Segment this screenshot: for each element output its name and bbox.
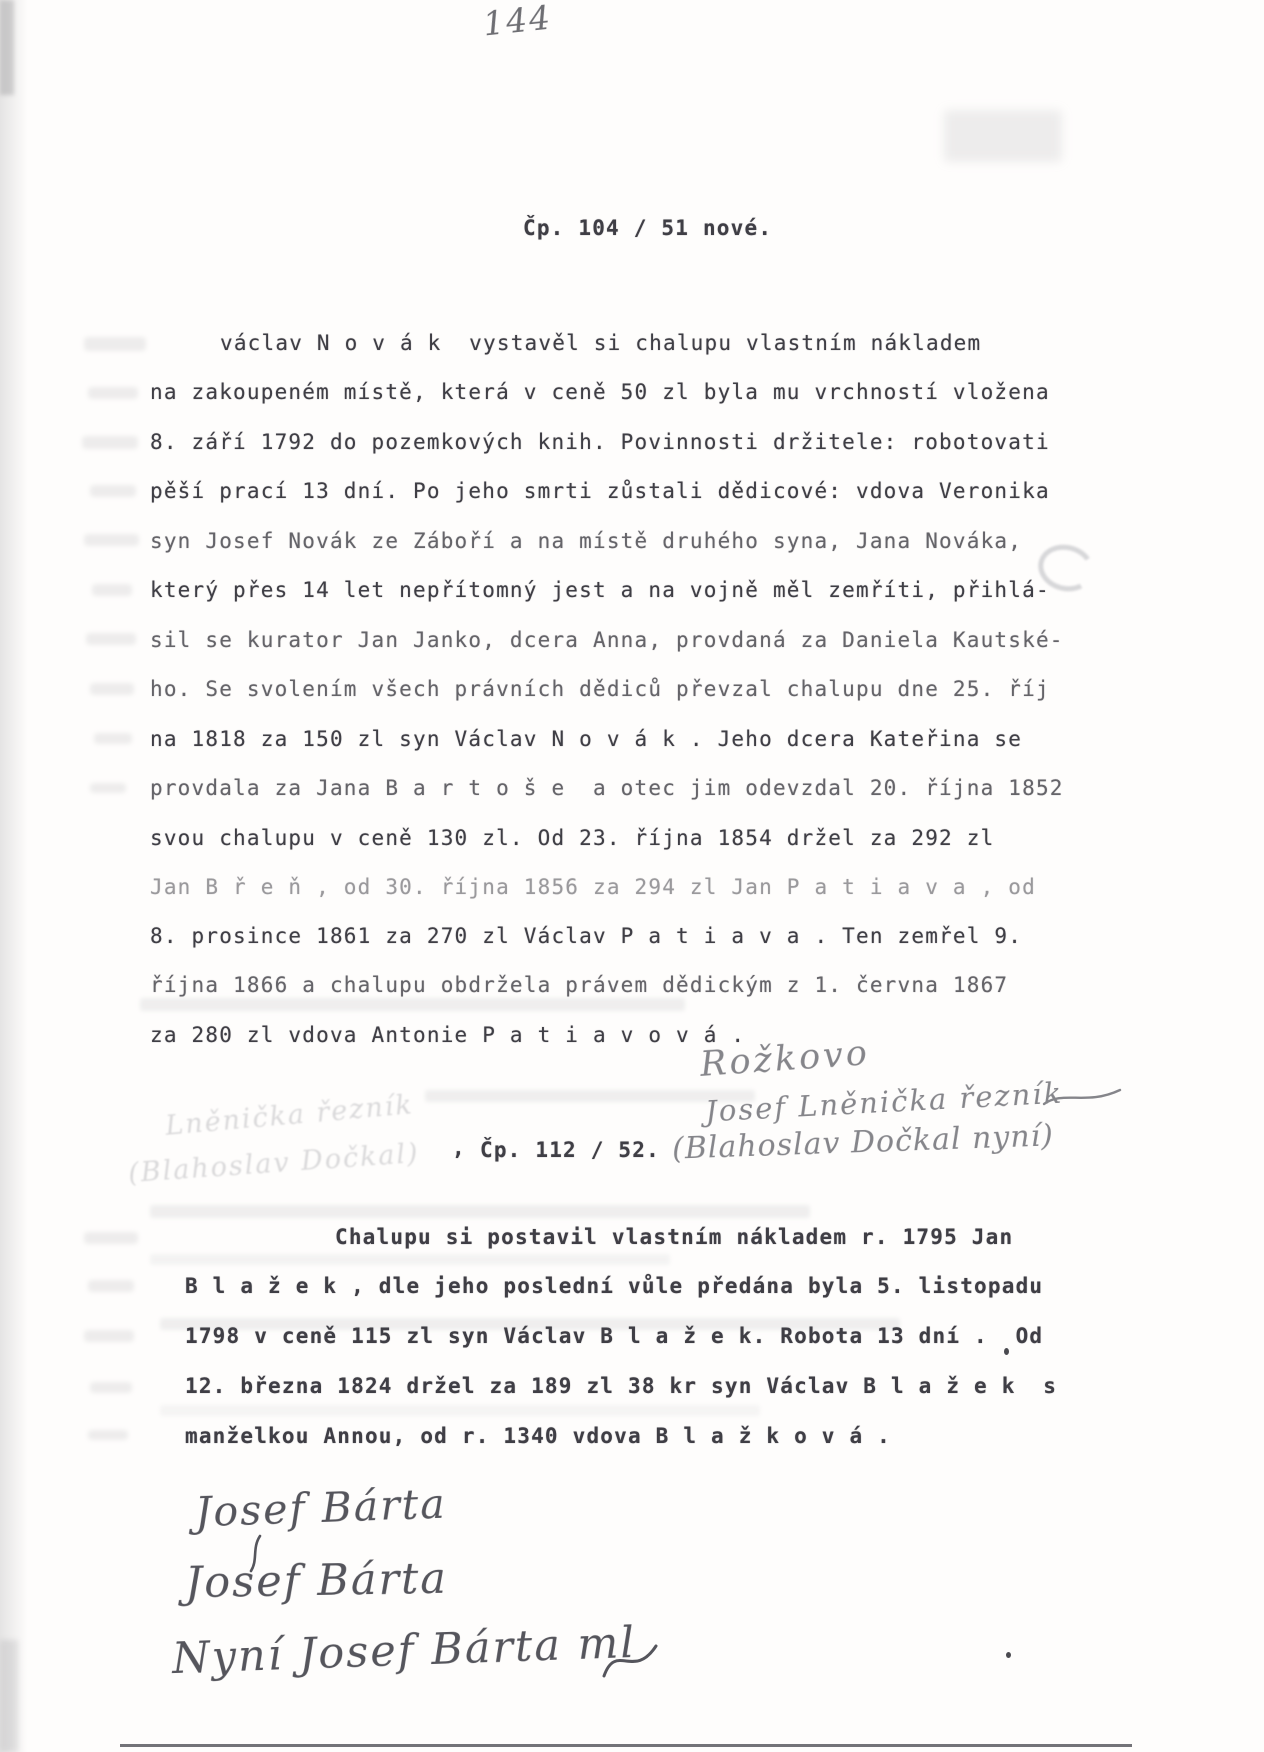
typed-line: Chalupu si postavil vlastním nákladem r.… [335,1227,1013,1248]
bleed-through-mark [88,1280,134,1292]
typed-line: pěší prací 13 dní. Po jeho smrti zůstali… [150,481,1050,502]
scan-corner-smudge [0,1640,18,1752]
bleed-through-mark [88,387,138,399]
typed-line: 1798 v ceně 115 zl syn Václav B l a ž e … [185,1326,1043,1347]
ghost-text-band [140,998,685,1011]
handwritten-annotation-current-owner: (Blahoslav Dočkal nyní) [672,1121,1055,1164]
bleed-through-mark [90,783,126,793]
typed-line: Jan B ř e ň , od 30. října 1856 za 294 z… [150,877,1036,898]
handwriting-flourish [600,1636,660,1682]
typed-line: provdala za Jana B a r t o š e a otec ji… [150,778,1064,799]
ghost-text-band [150,1205,810,1218]
faint-handwriting-draft: Lněnička řezník [164,1091,414,1140]
typed-line: svou chalupu v ceně 130 zl. Od 23. října… [150,828,994,849]
faint-handwriting-draft: (Blahoslav Dočkal) [127,1140,420,1187]
bleed-through-mark [90,683,134,695]
typed-comma: , [452,1138,466,1159]
scanned-document-page: 144 Čp. 104 / 51 nové. václav N o v á k … [0,0,1264,1752]
typed-line: B l a ž e k , dle jeho poslední vůle pře… [185,1276,1043,1297]
typed-line: syn Josef Novák ze Záboří a na místě dru… [150,531,1022,552]
bleed-through-mark [82,436,138,449]
typed-line: ho. Se svolením všech právních dědiců př… [150,679,1050,700]
bleed-through-mark [90,485,136,497]
typed-line: který přes 14 let nepřítomný jest a na v… [150,580,1050,601]
typed-line: října 1866 a chalupu obdržela právem děd… [150,975,1008,996]
bleed-through-mark [90,1382,132,1393]
ghost-text-band [160,1405,760,1416]
bleed-through-mark [84,534,139,546]
typed-line: 8. září 1792 do pozemkových knih. Povinn… [150,432,1050,453]
ghost-text-band [150,1254,670,1265]
handwritten-signature: Josef Bárta [194,1484,447,1534]
record1-title: Čp. 104 / 51 nové. [523,218,772,239]
bleed-through-mark [94,733,132,744]
ink-dot [1004,1348,1009,1355]
typed-line: 8. prosince 1861 za 270 zl Václav P a t … [150,926,1022,947]
bleed-through-mark [944,110,1062,162]
bleed-through-mark [84,1232,138,1244]
typed-line: manželkou Annou, od r. 1340 vdova B l a … [185,1426,891,1447]
scan-bottom-edge-line [120,1744,1132,1747]
handwritten-signature: Josef Bárta [185,1558,449,1606]
bleed-through-mark [84,1330,134,1342]
typed-line: václav N o v á k vystavěl si chalupu vla… [220,333,981,354]
bleed-through-mark [88,1430,128,1440]
bleed-through-mark [84,337,146,351]
typed-line: sil se kurator Jan Janko, dcera Anna, pr… [150,630,1064,651]
bleed-through-mark [92,584,132,596]
record2-title: Čp. 112 / 52. [480,1140,660,1161]
handwritten-annotation-place: Rožkovo [699,1036,871,1083]
scan-corner-smudge [0,0,14,95]
typed-line: na zakoupeném místě, která v ceně 50 zl … [150,382,1050,403]
handwritten-page-number: 144 [481,0,553,40]
bleed-through-mark [86,633,136,645]
handwritten-signature: Nyní Josef Bárta ml [171,1622,636,1681]
scan-edge-shadow [0,0,28,1752]
typed-line: na 1818 za 150 zl syn Václav N o v á k .… [150,729,1022,750]
typed-line: 12. března 1824 držel za 189 zl 38 kr sy… [185,1376,1057,1397]
ink-dot [1006,1652,1011,1658]
handwriting-flourish [1042,1086,1122,1110]
typed-line: za 280 zl vdova Antonie P a t i a v o v … [150,1025,745,1046]
